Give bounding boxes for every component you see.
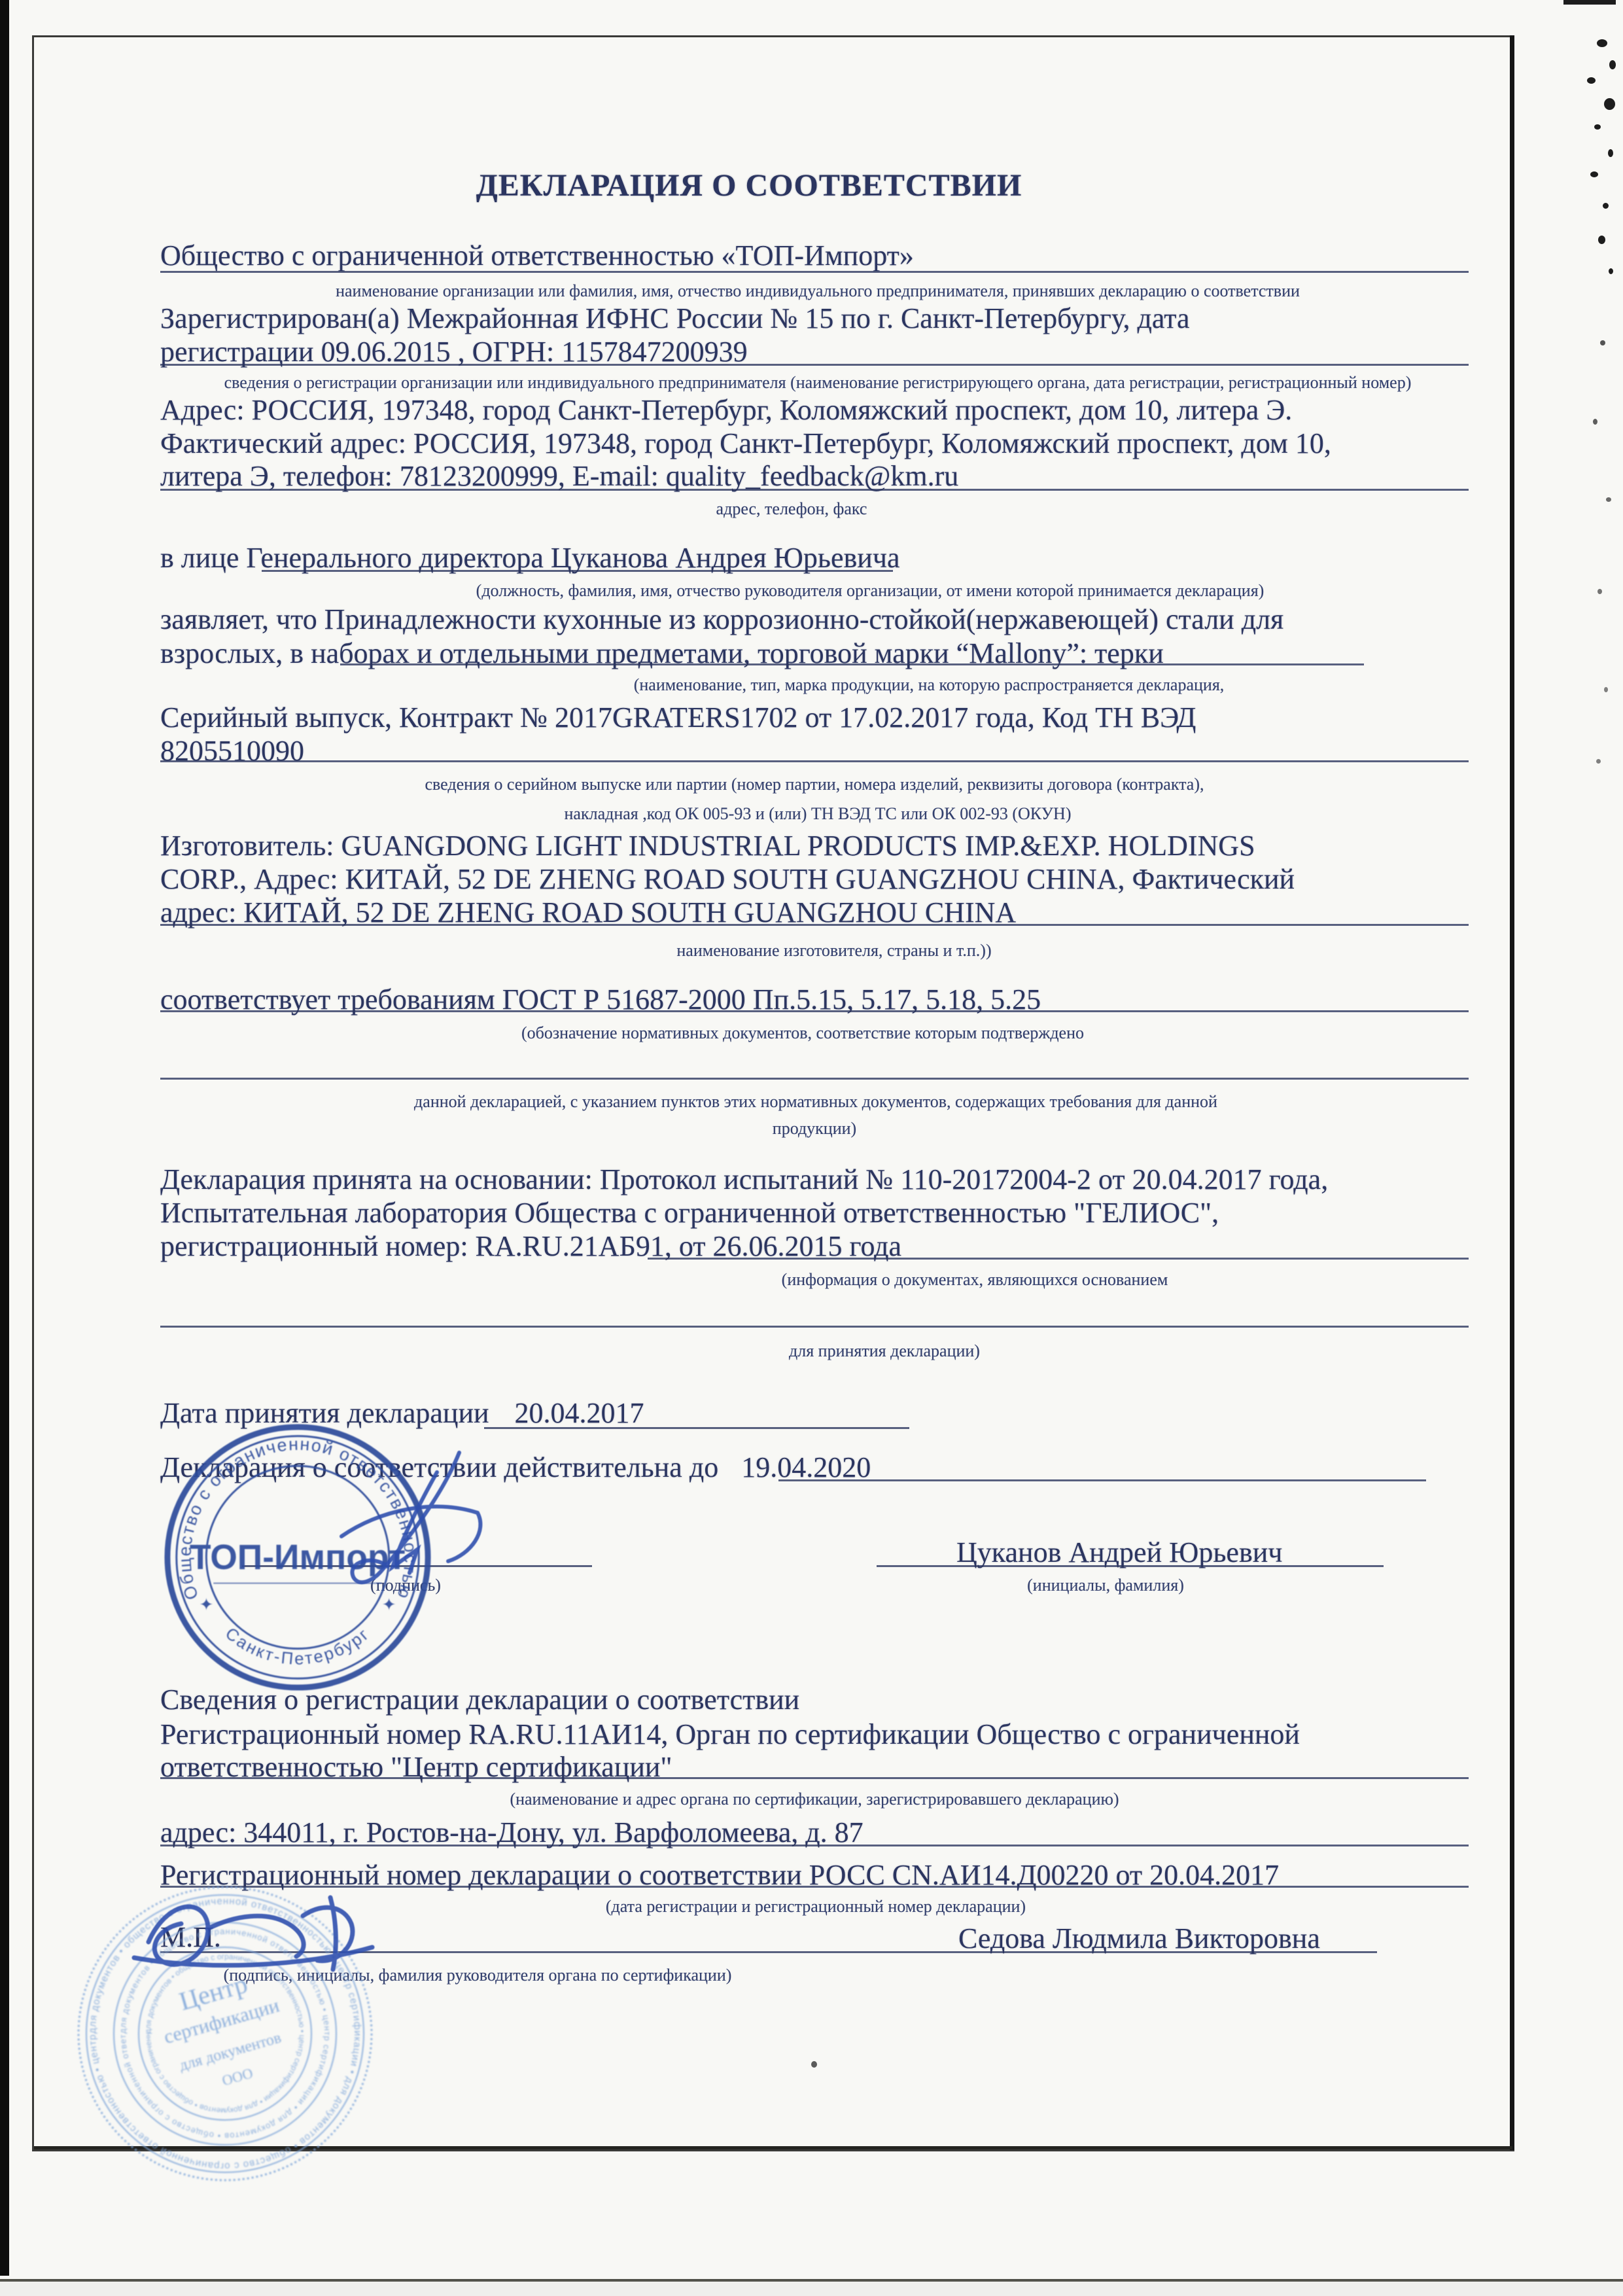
- field-line: [160, 364, 1469, 366]
- scan-bottom-margin: [0, 2282, 1623, 2296]
- field-line: [160, 1777, 1469, 1779]
- caption-conformity-2: данной декларацией, с указанием пунктов …: [414, 1092, 1217, 1112]
- field-line: [160, 271, 1469, 273]
- ink-dot: [811, 2061, 817, 2068]
- ink-smudge: [1598, 236, 1605, 244]
- ink-smudge: [1603, 203, 1609, 209]
- address-line-2: Фактический адрес: РОССИЯ, 197348, город…: [160, 427, 1331, 460]
- field-line: [160, 924, 1469, 926]
- field-line: [160, 1078, 1469, 1080]
- field-line: [160, 1326, 1469, 1328]
- registration-header: Сведения о регистрации декларации о соот…: [160, 1684, 799, 1716]
- ink-smudge: [1597, 589, 1602, 594]
- caption-reg-number: (дата регистрации и регистрационный номе…: [606, 1897, 1026, 1916]
- ink-smudge: [1597, 39, 1607, 47]
- caption-registration: сведения о регистрации организации или и…: [224, 373, 1412, 393]
- caption-conformity-1: (обозначение нормативных документов, соо…: [521, 1023, 1084, 1043]
- basis-line-1: Декларация принята на основании: Протоко…: [160, 1163, 1328, 1196]
- date-adopted-value: 20.04.2017: [515, 1397, 644, 1429]
- caption-product: (наименование, тип, марка продукции, на …: [634, 675, 1225, 695]
- ink-smudge: [1596, 759, 1601, 764]
- caption-address: адрес, телефон, факс: [716, 499, 867, 519]
- caption-basis-2: для принятия декларации): [789, 1341, 980, 1361]
- address-line-1: Адрес: РОССИЯ, 197348, город Санкт-Петер…: [160, 394, 1292, 427]
- registration-authority-line: Зарегистрирован(а) Межрайонная ИФНС Росс…: [160, 302, 1190, 335]
- product-line-1: заявляет, что Принадлежности кухонные из…: [160, 603, 1283, 636]
- ink-smudge: [1609, 268, 1613, 274]
- head-full-name: Седова Людмила Викторовна: [958, 1922, 1320, 1955]
- field-line: [160, 1845, 1469, 1846]
- caption-basis-1: (информация о документах, являющихся осн…: [782, 1270, 1168, 1290]
- caption-serial-2: накладная ,код ОК 005-93 и (или) ТН ВЭД …: [565, 804, 1072, 824]
- director-full-name: Цуканов Андрей Юрьевич: [956, 1536, 1282, 1569]
- field-line: [778, 1479, 1426, 1481]
- field-line: [340, 663, 1364, 665]
- field-line: [160, 1010, 1469, 1012]
- page-title: ДЕКЛАРАЦИЯ О СООТВЕТСТВИИ: [476, 168, 1022, 203]
- field-line: [484, 1427, 909, 1429]
- ink-smudge: [1563, 0, 1616, 5]
- ink-smudge: [1606, 497, 1611, 502]
- director-signature: [281, 1433, 517, 1603]
- address-line-3: литера Э, телефон: 78123200999, E-mail: …: [160, 460, 958, 493]
- ink-smudge: [1604, 98, 1615, 110]
- valid-until-value: 19.04.2020: [741, 1451, 871, 1483]
- cert-body-line-1: Регистрационный номер RA.RU.11АИ14, Орга…: [160, 1718, 1300, 1751]
- caption-company: наименование организации или фамилия, им…: [336, 281, 1300, 301]
- cert-stamp-inner-text-4: ООО: [220, 2064, 255, 2089]
- signature-line-right: [877, 1565, 1384, 1567]
- caption-director: (должность, фамилия, имя, отчество руков…: [476, 581, 1265, 601]
- caption-cert-body: (наименование и адрес органа по сертифик…: [510, 1790, 1119, 1809]
- field-line: [262, 570, 893, 572]
- ink-smudge: [1604, 687, 1608, 692]
- caption-manufacturer: наименование изготовителя, страны и т.п.…: [676, 941, 991, 961]
- scanned-declaration-page: ДЕКЛАРАЦИЯ О СООТВЕТСТВИИ Общество с огр…: [0, 0, 1623, 2296]
- field-line: [160, 760, 1469, 762]
- caption-serial-1: сведения о серийном выпуске или партии (…: [425, 775, 1204, 794]
- manufacturer-line-2: CORP., Адрес: КИТАЙ, 52 DE ZHENG ROAD SO…: [160, 863, 1295, 896]
- field-line: [160, 489, 1469, 491]
- serial-line-1: Серийный выпуск, Контракт № 2017GRATERS1…: [160, 701, 1196, 734]
- ink-smudge: [1609, 60, 1616, 69]
- caption-initials: (инициалы, фамилия): [1027, 1576, 1184, 1595]
- ink-smudge: [1587, 77, 1596, 84]
- manufacturer-line-1: Изготовитель: GUANGDONG LIGHT INDUSTRIAL…: [160, 830, 1255, 862]
- stamp-diamond-icon: ✦: [199, 1595, 213, 1614]
- scan-left-edge: [0, 0, 9, 2276]
- field-line: [648, 1258, 1469, 1260]
- document-border-right: [1510, 35, 1514, 2150]
- ink-smudge: [1600, 340, 1605, 345]
- head-signature: [108, 1878, 383, 1989]
- caption-conformity-3: продукции): [773, 1119, 856, 1139]
- ink-smudge: [1593, 419, 1597, 425]
- serial-line-2: 8205510090: [160, 735, 304, 768]
- basis-line-2: Испытательная лаборатория Общества с огр…: [160, 1197, 1219, 1229]
- ink-smudge: [1590, 171, 1598, 177]
- ink-smudge: [1594, 124, 1601, 130]
- ink-smudge: [1608, 149, 1613, 157]
- company-name-line: Общество с ограниченной ответственностью…: [160, 239, 914, 272]
